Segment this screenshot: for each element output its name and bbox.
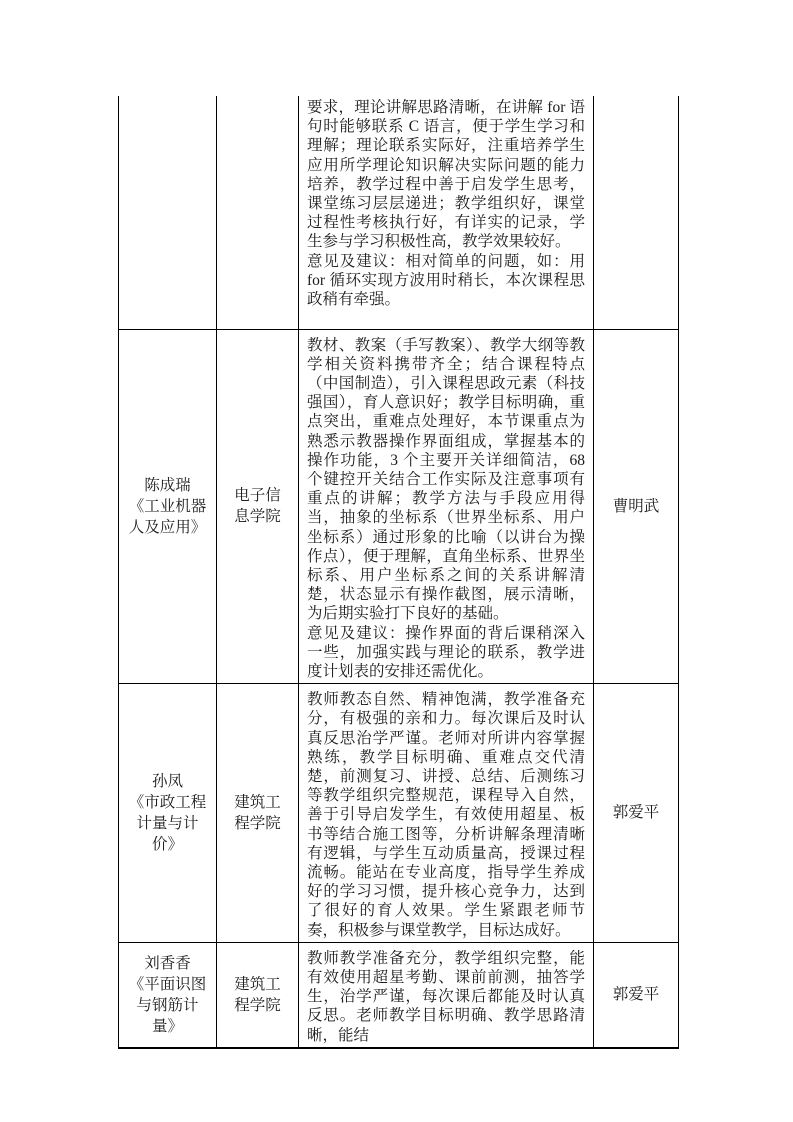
evaluation-paragraph: 教师教学准备充分，教学组织完整，能有效使用超星考勤、课前前测，抽答学生，治学严谨…: [307, 949, 585, 1045]
evaluation-cell: 教师教态自然、精神饱满，教学准备充分，有极强的亲和力。每次课后及时认真反思治学严…: [299, 684, 594, 943]
suggestion-paragraph: 意见及建议：操作界面的背后课稍深入一些，加强实践与理论的联系，教学进度计划表的安…: [307, 624, 585, 682]
evaluation-cell: 教材、教案（手写教案）、教学大纲等教学相关资料携带齐全；结合课程特点（中国制造）…: [299, 329, 594, 684]
evaluation-cell: 教师教学准备充分，教学组织完整，能有效使用超星考勤、课前前测，抽答学生，治学严谨…: [299, 942, 594, 1048]
evaluation-paragraph: 教材、教案（手写教案）、教学大纲等教学相关资料携带齐全；结合课程特点（中国制造）…: [307, 336, 585, 624]
evaluation-table: 要求，理论讲解思路清晰，在讲解 for 语句时能够联系 C 语言，便于学生学习和…: [118, 96, 679, 1049]
college-name: 建筑工程学院: [233, 974, 283, 1016]
suggestion-paragraph: 意见及建议：相对简单的问题，如：用 for 循环实现方波用时稍长，本次课程思政稍…: [307, 252, 585, 310]
teacher-course-cell: [119, 96, 217, 329]
evaluator-name: 郭爱平: [613, 802, 660, 823]
college-cell: 电子信息学院: [217, 329, 299, 684]
evaluation-paragraph: 教师教态自然、精神饱满，教学准备充分，有极强的亲和力。每次课后及时认真反思治学严…: [307, 690, 585, 940]
table-row: 孙凤 《市政工程计量与计价》 建筑工程学院 教师教态自然、精神饱满，教学准备充分…: [119, 684, 679, 943]
course-title: 《平面识图与钢筋计量》: [126, 974, 210, 1037]
evaluator-name: 郭爱平: [613, 984, 660, 1005]
evaluator-cell: 郭爱平: [594, 684, 679, 943]
college-cell: [217, 96, 299, 329]
course-title: 《工业机器人及应用》: [126, 496, 210, 538]
teacher-name: 陈成瑞: [126, 475, 210, 496]
evaluator-cell: 郭爱平: [594, 942, 679, 1048]
teacher-course-cell: 刘香香 《平面识图与钢筋计量》: [119, 942, 217, 1048]
teacher-name: 孙凤: [126, 771, 210, 792]
teacher-name: 刘香香: [126, 953, 210, 974]
college-cell: 建筑工程学院: [217, 684, 299, 943]
course-title: 《市政工程计量与计价》: [126, 792, 210, 855]
teacher-course-cell: 孙凤 《市政工程计量与计价》: [119, 684, 217, 943]
evaluator-cell: 曹明武: [594, 329, 679, 684]
table-row: 要求，理论讲解思路清晰，在讲解 for 语句时能够联系 C 语言，便于学生学习和…: [119, 96, 679, 329]
evaluation-cell: 要求，理论讲解思路清晰，在讲解 for 语句时能够联系 C 语言，便于学生学习和…: [299, 96, 594, 329]
teacher-course-cell: 陈成瑞 《工业机器人及应用》: [119, 329, 217, 684]
college-name: 电子信息学院: [233, 485, 283, 527]
evaluator-cell: [594, 96, 679, 329]
college-name: 建筑工程学院: [233, 792, 283, 834]
college-cell: 建筑工程学院: [217, 942, 299, 1048]
evaluation-paragraph: 要求，理论讲解思路清晰，在讲解 for 语句时能够联系 C 语言，便于学生学习和…: [307, 98, 585, 252]
table-row: 刘香香 《平面识图与钢筋计量》 建筑工程学院 教师教学准备充分，教学组织完整，能…: [119, 942, 679, 1048]
table-row: 陈成瑞 《工业机器人及应用》 电子信息学院 教材、教案（手写教案）、教学大纲等教…: [119, 329, 679, 684]
evaluator-name: 曹明武: [613, 496, 660, 517]
document-page: 要求，理论讲解思路清晰，在讲解 for 语句时能够联系 C 语言，便于学生学习和…: [0, 0, 793, 1122]
